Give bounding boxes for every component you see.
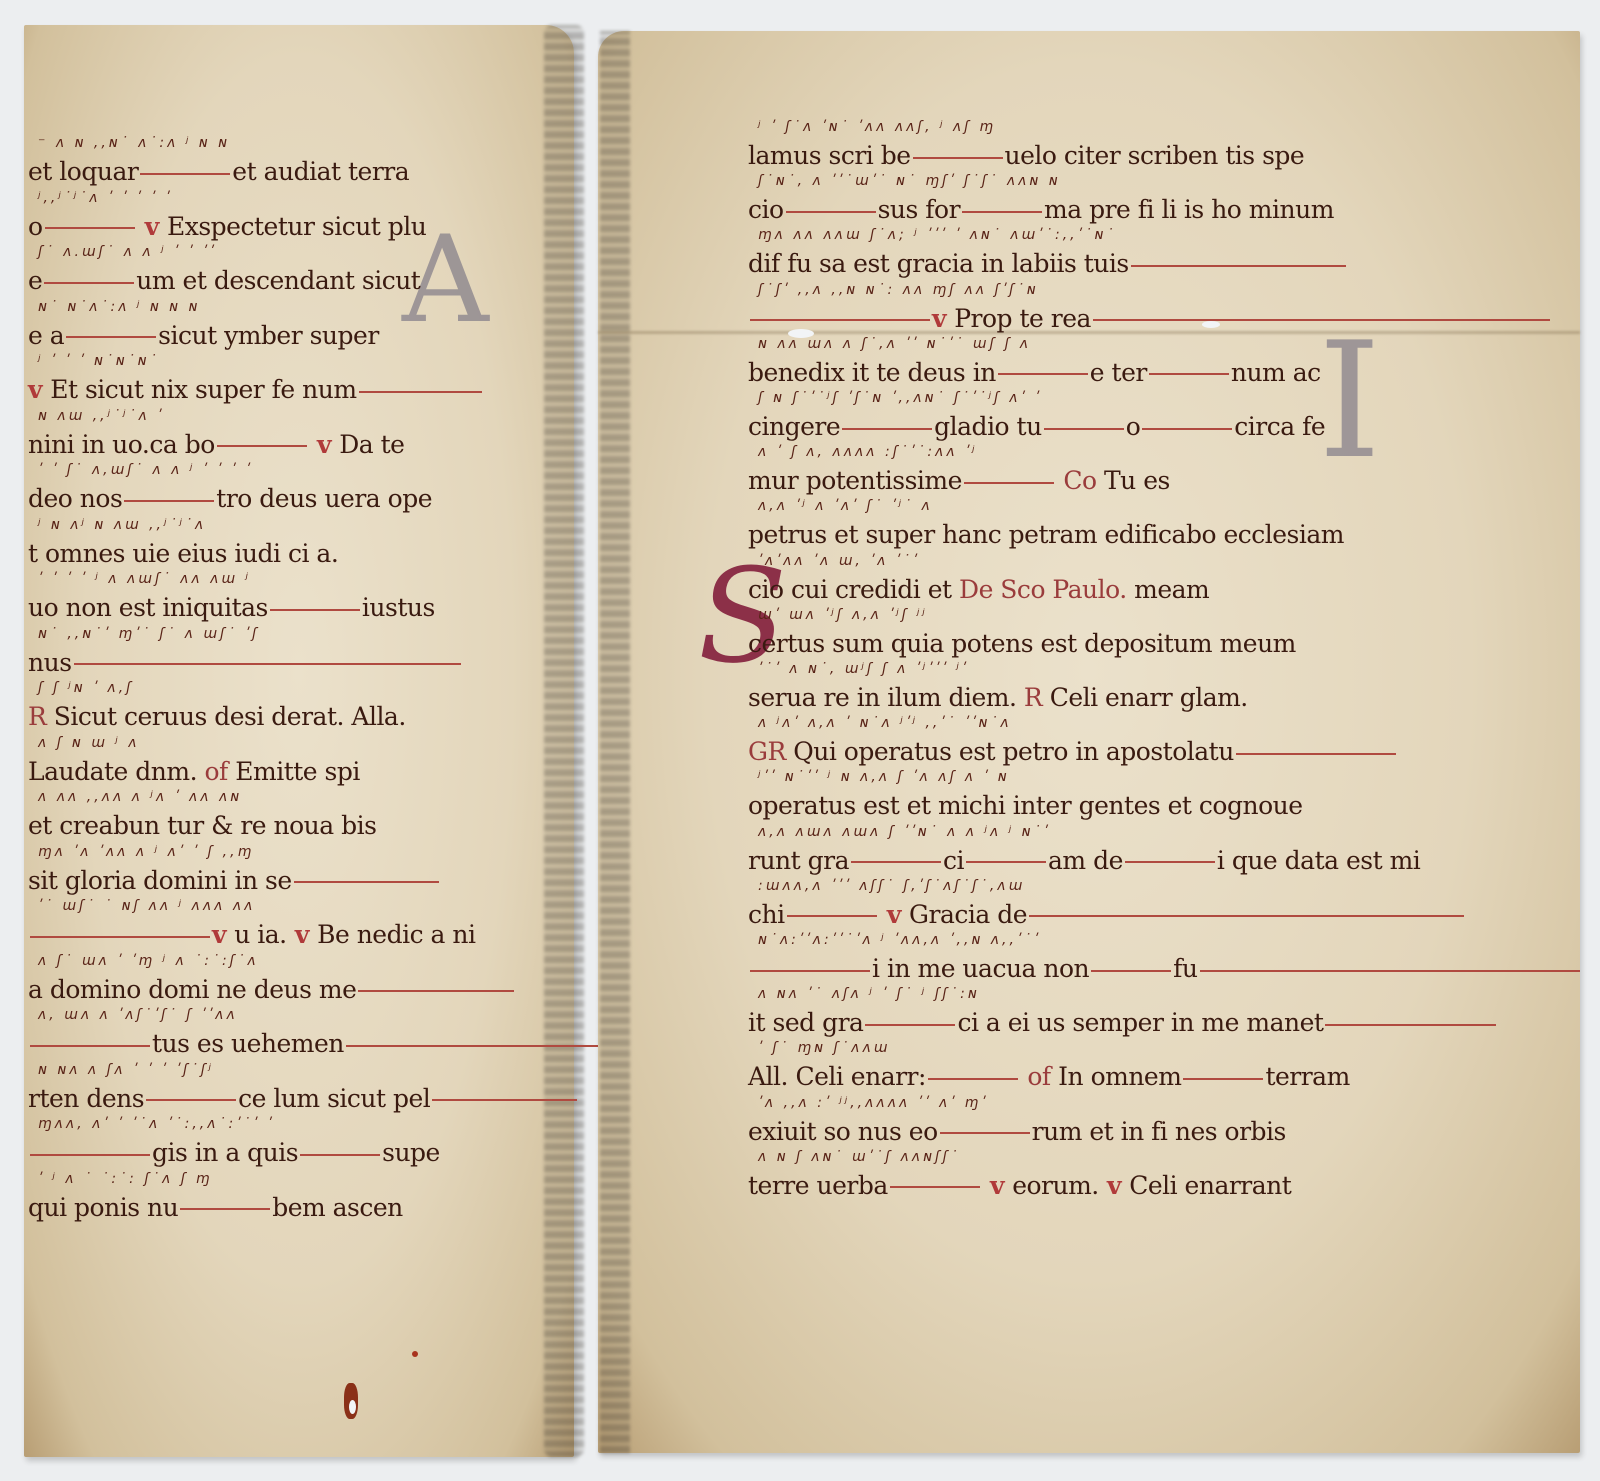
text-line: operatus est et michi inter gentes et co… [748,791,1303,820]
neume-row: ʹ˙ʹ ᴧ ɴ˙, ɯʲʃ ʃ ᴧ ʹʲʹʹʹ ʲʹ [758,661,969,677]
lyric-text: iustus [362,593,435,622]
lyric-text: ce lum sicut pel [238,1084,430,1113]
neume-row: ɱᴧᴧ, ᴧʹ ʹ ʹ˙ᴧ ʹ˙:,,ᴧ˙:ʹ˙ʹ ʹ [38,1116,274,1132]
text-line: a domino domi ne deus me [28,975,516,1004]
versicle-sign: v [932,304,954,333]
neume-row: ʹ ʹ ʹ ʹ ʲ ᴧ ᴧɯʃ˙ ᴧᴧ ᴧɯ ʲ [38,571,251,587]
rubric-fill-line [1149,373,1229,375]
text-line: R Sicut ceruus desi derat. Alla. [28,702,406,731]
rubric-fill-line [30,1045,150,1047]
text-line: chi v Gracia de [748,900,1466,929]
neume-row: ᴧ,ᴧ ʹʲ ᴧ ʹᴧʹ ʃ˙ ʹʲ˙ ᴧ [758,498,933,514]
neume-row: ʃ ʃ ʲɴ ʹ ᴧ,ʃ [38,680,134,696]
text-line: serua re in ilum diem. R Celi enarr glam… [748,683,1248,712]
lyric-text: Exspectetur sicut plu [167,212,426,241]
lyric-text: rten dens [28,1084,144,1113]
neume-row: ʹ ʃ˙ ɱɴ ʃ˙ᴧᴧɯ [758,1040,890,1056]
rubric-fill-line [1200,970,1580,972]
rubric-fill-line [1029,915,1464,917]
neume-row: ʃ˙ʃʹ ,,ᴧ ,,ɴ ɴ˙: ᴧᴧ ɱʃ ᴧᴧ ʃʹʃ˙ɴ [758,282,1039,298]
rubric-fill-line [270,609,360,611]
rubric-fill-line [359,391,482,393]
lyric-text: Emitte spi [235,757,360,786]
neume-row: ʲ ɴ ᴧʲ ɴ ᴧɯ ,,ʲ˙ʲ˙ᴧ [38,517,206,533]
text-line: sit gloria domini in se [28,866,441,895]
lyric-text: serua re in ilum diem. [748,683,1016,712]
left-leaf: A ⁻ ᴧ ɴ ,,ɴ˙ ᴧ˙:ᴧ ʲ ɴ ɴet loquaret audia… [24,25,574,1457]
lyric-text: gis in a quis [152,1138,298,1167]
lyric-text: a domino domi ne deus me [28,975,356,1004]
lyric-text: mur potentissime [748,466,962,495]
neume-row: ʹᴧʹᴧᴧ ʹᴧ ɯ, ʹᴧ ʹ˙ʹ [758,553,920,569]
neume-row: ʲʹʹ ɴ˙ʹʹ ʲ ɴ ᴧ,ᴧ ʃ ʹᴧ ᴧʃ ᴧ ʹ ɴ [758,769,1010,785]
lyric-text: chi [748,900,785,929]
lyric-text: ter [1265,1062,1300,1091]
neume-row: ɱᴧ ʹᴧ ʹᴧᴧ ᴧ ʲ ᴧʹ ʹ ʃ ,,ɱ [38,844,254,860]
text-line: i in me uacua nonfu [748,954,1582,983]
neume-row: ᴧ ɴ ʃ ᴧɴ˙ ɯʹ˙ʃ ᴧᴧɴʃʃ˙ [758,1149,960,1165]
rubric-fill-line [928,1078,1018,1080]
text-line: v Prop te rea [748,304,1552,333]
lyric-text: t omnes uie eius iudi ci a. [28,539,338,568]
rubric-fill-line [1044,428,1124,430]
rubric-fill-line [998,373,1088,375]
neume-row: ʹ ʲ ᴧ ˙ ˙:˙: ʃ˙ᴧ ʃ ɱ [38,1171,213,1187]
rubric-label: R [28,702,54,731]
lyric-text: et loquar [28,157,138,186]
rubric-fill-line [300,1154,380,1156]
neume-row: ɴ ᴧᴧ ɯᴧ ᴧ ʃ˙,ᴧ ʹʹ ɴ˙ʹ˙ ɯʃ ʃ ᴧ [758,336,1031,352]
text-line: GR Qui operatus est petro in apostolatu [748,737,1398,766]
text-line: v Et sicut nix super fe num [28,375,484,404]
rubric-fill-line [787,915,877,917]
lyric-text: Celi enarrant [1129,1171,1291,1200]
lyric-text: u ia. [234,920,286,949]
neume-row: ʃ˙ ᴧ.ɯʃ˙ ᴧ ᴧ ʲ ʹ ʹ ʹʹ [38,244,217,260]
rubric-fill-line [146,1099,236,1101]
lyric-text: Prop te rea [954,304,1091,333]
lyric-text: supe [382,1138,440,1167]
rubric-fill-line [45,227,135,229]
lyric-text: operatus est et michi inter gentes et co… [748,791,1303,820]
red-dot [412,1351,418,1357]
lyric-text: petrus et super hanc petram edificabo ec… [748,520,1344,549]
rubric-label: R [1016,683,1049,712]
lyric-text: All. Celi enarr: [748,1062,926,1091]
text-line: All. Celi enarr: of In omnemterram [748,1062,1350,1091]
gutter-mold-stain [544,25,584,1457]
neume-row: ɯʹ ɯᴧ ʹʲʃ ᴧ,ᴧ ʹʲʃ ʲʲ [758,607,928,623]
lyric-text: nus [28,648,72,677]
neume-row: ᴧ ɴᴧ ʹ˙ ᴧʃᴧ ʲ ʹ ʃ˙ ʲ ʃʃ˙:ɴ [758,986,980,1002]
text-line: benedix it te deus ine ternum ac [748,358,1321,387]
text-line: o v Exspectetur sicut plu [28,212,426,241]
lyric-text: benedix it te deus in [748,358,996,387]
rubric-fill-line [851,861,941,863]
neume-row: ᴧ ᴧᴧ ,,ᴧᴧ ᴧ ʲᴧ ʹ ᴧᴧ ᴧɴ [38,789,242,805]
neume-row: ᴧ ʃ ɴ ɯ ʲ ᴧ [38,735,139,751]
neume-row: ɴ ᴧɯ ,,ʲ˙ʲ˙ᴧ ʹ [38,408,164,424]
versicle-sign: v [28,375,50,404]
text-line: et creabun tur & re noua bis [28,811,376,840]
rubric-fill-line [1091,970,1171,972]
rubric-fill-line [66,336,156,338]
rubric-fill-line [1093,319,1550,321]
faded-initial-i: I [1318,321,1381,481]
text-line: nus [28,648,463,677]
lyric-text: ma pre fi li is ho minum [1044,195,1334,224]
versicle-sign: v [137,212,167,241]
lyric-text: rum et in fi nes orbis [1032,1117,1286,1146]
rubric-fill-line [30,1154,150,1156]
lyric-text: Gracia de [909,900,1027,929]
neume-row: ʹ ʹ ʃ˙ ᴧ,ɯʃ˙ ᴧ ᴧ ʲ ʹ ʹ ʹ ʹ [38,462,253,478]
rubric-fill-line [786,211,876,213]
lyric-text: sicut ymber super [158,321,379,350]
rubric-fill-line [346,1045,601,1047]
lyric-text: sus for [878,195,960,224]
neume-row: ʃ˙ɴ˙, ᴧ ʹʹ˙ɯʹ˙ ɴ˙ ɱʃʹ ʃ˙ʃ˙ ᴧᴧɴ ɴ [758,173,1061,189]
rubric-fill-line [1183,1078,1263,1080]
rubric-fill-line [140,173,230,175]
rubric-fill-line [940,1132,1030,1134]
text-line: gis in a quissupe [28,1138,440,1167]
rubric-label: Co [1056,466,1104,495]
text-line: t omnes uie eius iudi ci a. [28,539,338,568]
lyric-text: tus es uehemen [152,1029,344,1058]
rubric-fill-line [966,861,1046,863]
text-line: rten densce lum sicut pel [28,1084,579,1113]
lyric-text: sit gloria domini in se [28,866,292,895]
lyric-text: Laudate dnm. [28,757,197,786]
neume-row: ʹᴧ ,,ᴧ :ʹ ʲʲ,,ᴧᴧᴧᴧ ʹʹ ᴧʹ ɱʹ [758,1095,988,1111]
lyric-text: num ac [1231,358,1321,387]
versicle-sign: v [879,900,909,929]
rubric-fill-line [1142,428,1232,430]
neume-row: ᴧ,ᴧ ᴧɯᴧ ᴧɯᴧ ʃ ʹʹɴ˙ ᴧ ᴧ ʲᴧ ʲ ɴ˙ʹ [758,824,1050,840]
neume-row: ɴ˙ ɴ˙ᴧ˙:ᴧ ʲ ɴ ɴ ɴ [38,299,200,315]
neume-row: ʹ˙ ɯʃ˙ ˙ ɴʃ ᴧᴧ ʲ ᴧᴧᴧ ᴧᴧ [38,898,255,914]
lyric-text: runt gra [748,846,849,875]
lyric-text: e [28,266,42,295]
lyric-text: deo nos [28,484,122,513]
neume-row: ᴧ ʃ˙ ɯᴧ ʹ ʹɱ ʲ ᴧ ˙:˙:ʃ˙ᴧ [38,953,259,969]
lyric-text: qui ponis nu [28,1193,178,1222]
rubric-fill-line [124,500,214,502]
text-line: nini in uo.ca bo v Da te [28,430,404,459]
rubric-fill-line [74,663,461,665]
lyric-text: Celi enarr glam. [1050,683,1248,712]
neume-row: ɴ ɴᴧ ᴧ ʃᴧ ʹ ʹ ʹ ʹʃ˙ʃʲ [38,1062,214,1078]
rubric-fill-line [890,1186,980,1188]
lyric-text: In omnem [1058,1062,1181,1091]
neume-row: ɴ˙ ,,ɴ˙ʹ ɱʹ˙ ʃ˙ ᴧ ɯʃ˙ ʹʃ [38,626,260,642]
parchment-hole [349,1400,356,1414]
lyric-text: i que data est mi [1217,846,1420,875]
text-line: v u ia. v Be nedic a ni [28,920,475,949]
text-line: eum et descendant sicut [28,266,420,295]
text-line: petrus et super hanc petram edificabo ec… [748,520,1344,549]
lyric-text: Qui operatus est petro in apostolatu [793,737,1234,766]
rubric-label: De Sco Paulo. [952,575,1135,604]
rubric-fill-line [294,881,439,883]
text-line: uo non est iniquitasiustus [28,593,435,622]
lyric-text: cio cui credidi et [748,575,952,604]
lyric-text: gladio tu [934,412,1042,441]
gutter-mold-stain [600,31,630,1453]
versicle-sign: v [982,1171,1012,1200]
neume-row: ɱᴧ ᴧᴧ ᴧᴧɯ ʃ˙ᴧ; ʲ ʹʹʹ ʹ ᴧɴ˙ ᴧɯʹ˙:,,ʹ˙ɴ˙ [758,227,1116,243]
text-line: Laudate dnm. of Emitte spi [28,757,360,786]
lyric-text: i in me uacua non [872,954,1089,983]
text-line: exiuit so nus eorum et in fi nes orbis [748,1117,1286,1146]
lyric-text: uo non est iniquitas [28,593,268,622]
neume-row: ɴ˙ᴧ:ʹʹᴧ:ʹʹ˙ʹᴧ ʲ ʹᴧᴧ,ᴧ ʹ,,ɴ ᴧ,,ʹ˙ʹ [758,932,1041,948]
rubric-fill-line [865,1024,955,1026]
lyric-text: circa fe [1234,412,1325,441]
rubric-fill-line [1131,265,1346,267]
rubric-fill-line [842,428,932,430]
rubric-fill-line [1236,753,1396,755]
lyric-text: o [28,212,43,241]
neume-row: ᴧ ʲᴧʹ ᴧ,ᴧ ʹ ɴ˙ᴧ ʲʹʲ ,,ʹ˙ ʹʹɴ˙ᴧ [758,715,1012,731]
lyric-text: ci [943,846,964,875]
rubric-fill-line [962,211,1042,213]
right-leaf: I S ʲ ʹ ʃ˙ᴧ ʹɴ˙ ʹᴧᴧ ᴧᴧʃ, ʲ ᴧʃ ɱlamus scr… [598,31,1580,1453]
neume-row: :ɯᴧᴧ,ᴧ ʹʹʹ ᴧʃʃ˙ ʃ,ʹʃ˙ᴧʃ˙ʃ˙,ᴧɯ [758,878,1025,894]
lyric-text: bem ascen [272,1193,403,1222]
lyric-text: tro deus uera ope [216,484,432,513]
lyric-text: ci a ei us semper in me manet [957,1008,1323,1037]
lyric-text: e ter [1090,358,1147,387]
rubric-label: of [197,757,235,786]
lyric-text: eorum. [1012,1171,1099,1200]
neume-row: ᴧ, ɯᴧ ᴧ ʹᴧʃ˙ʹʃ˙ ʃ ʹʹᴧᴧ [38,1007,238,1023]
lyric-text: et audiat terra [232,157,409,186]
lyric-text: terre uerba [748,1171,888,1200]
text-line: lamus scri beuelo citer scriben tis spe [748,141,1304,170]
versicle-sign: v [212,920,234,949]
neume-row: ᴧ ʹ ʃ ᴧ, ᴧᴧᴧᴧ :ʃ˙ʹ˙:ᴧᴧ ʹʲ [758,444,977,460]
rubric-fill-line [432,1099,577,1101]
versicle-sign: v [309,430,339,459]
lyric-text: Tu es [1104,466,1170,495]
rubric-fill-line [180,1208,270,1210]
rubric-fill-line [750,970,870,972]
text-line: cio cui credidi et De Sco Paulo. meam [748,575,1209,604]
text-line: tus es uehemen [28,1029,603,1058]
lyric-text: dif fu sa est gracia in labiis tuis [748,249,1129,278]
lyric-text: nini in uo.ca bo [28,430,215,459]
text-line: et loquaret audiat terra [28,157,409,186]
text-line: it sed graci a ei us semper in me manet [748,1008,1498,1037]
text-line: ciosus forma pre fi li is ho minum [748,195,1334,224]
rubric-fill-line [1125,861,1215,863]
lyric-text: et creabun tur & re noua bis [28,811,376,840]
versicle-sign: v [1099,1171,1129,1200]
rubric-label: GR [748,737,793,766]
neume-row: ʲ ʹ ʃ˙ᴧ ʹɴ˙ ʹᴧᴧ ᴧᴧʃ, ʲ ᴧʃ ɱ [758,119,996,135]
text-line: terre uerba v eorum. v Celi enarrant [748,1171,1291,1200]
rubric-fill-line [964,482,1054,484]
lyric-text: certus sum quia potens est depositum meu… [748,629,1296,658]
neume-row: ʃ ɴ ʃ˙ʹ˙ʲʃ ʹʃ˙ɴ ʹ,,ᴧɴ˙ ʃ˙ʹ˙ʲʃ ᴧʹ ʹ [758,390,1042,406]
lyric-text: exiuit so nus eo [748,1117,938,1146]
lyric-text: it sed gra [748,1008,863,1037]
lyric-text: lamus scri be [748,141,911,170]
lyric-text: o [1126,412,1141,441]
neume-row: ⁻ ᴧ ɴ ,,ɴ˙ ᴧ˙:ᴧ ʲ ɴ ɴ [38,135,230,151]
text-line: cingeregladio tuocirca fe [748,412,1325,441]
lyric-text: um et descendant sicut [136,266,420,295]
neume-row: ʲ ʹ ʹ ʹ ɴ˙ɴ˙ɴ˙ [38,353,160,369]
lyric-text: meam [1134,575,1209,604]
rubric-fill-line [30,936,210,938]
rubric-fill-line [913,157,1003,159]
lyric-text: ram [1301,1062,1350,1091]
text-line: runt graciam dei que data est mi [748,846,1420,875]
lyric-text: Be nedic a ni [317,920,475,949]
lyric-text: Da te [339,430,404,459]
rubric-fill-line [358,990,514,992]
text-line: dif fu sa est gracia in labiis tuis [748,249,1348,278]
lyric-text: cingere [748,412,840,441]
rubric-fill-line [217,445,307,447]
text-line: certus sum quia potens est depositum meu… [748,629,1296,658]
text-line: mur potentissime Co Tu es [748,466,1170,495]
text-line: deo nostro deus uera ope [28,484,432,513]
lyric-text: cio [748,195,784,224]
rubric-fill-line [750,319,930,321]
neume-row: ʲ,,ʲ˙ʲ˙ᴧ ʹ ʹ ʹ ʹ ʹ [38,190,172,206]
lyric-text: Sicut ceruus desi derat. Alla. [54,702,406,731]
lyric-text: Et sicut nix super fe num [50,375,356,404]
rubric-fill-line [44,282,134,284]
rubric-fill-line [1325,1024,1496,1026]
text-line: qui ponis nubem ascen [28,1193,403,1222]
lyric-text: am de [1048,846,1123,875]
text-line: e asicut ymber super [28,321,379,350]
lyric-text: fu [1173,954,1197,983]
lyric-text: uelo citer scriben tis spe [1005,141,1305,170]
rubric-label: of [1020,1062,1058,1091]
versicle-sign: v [287,920,317,949]
lyric-text: e a [28,321,64,350]
